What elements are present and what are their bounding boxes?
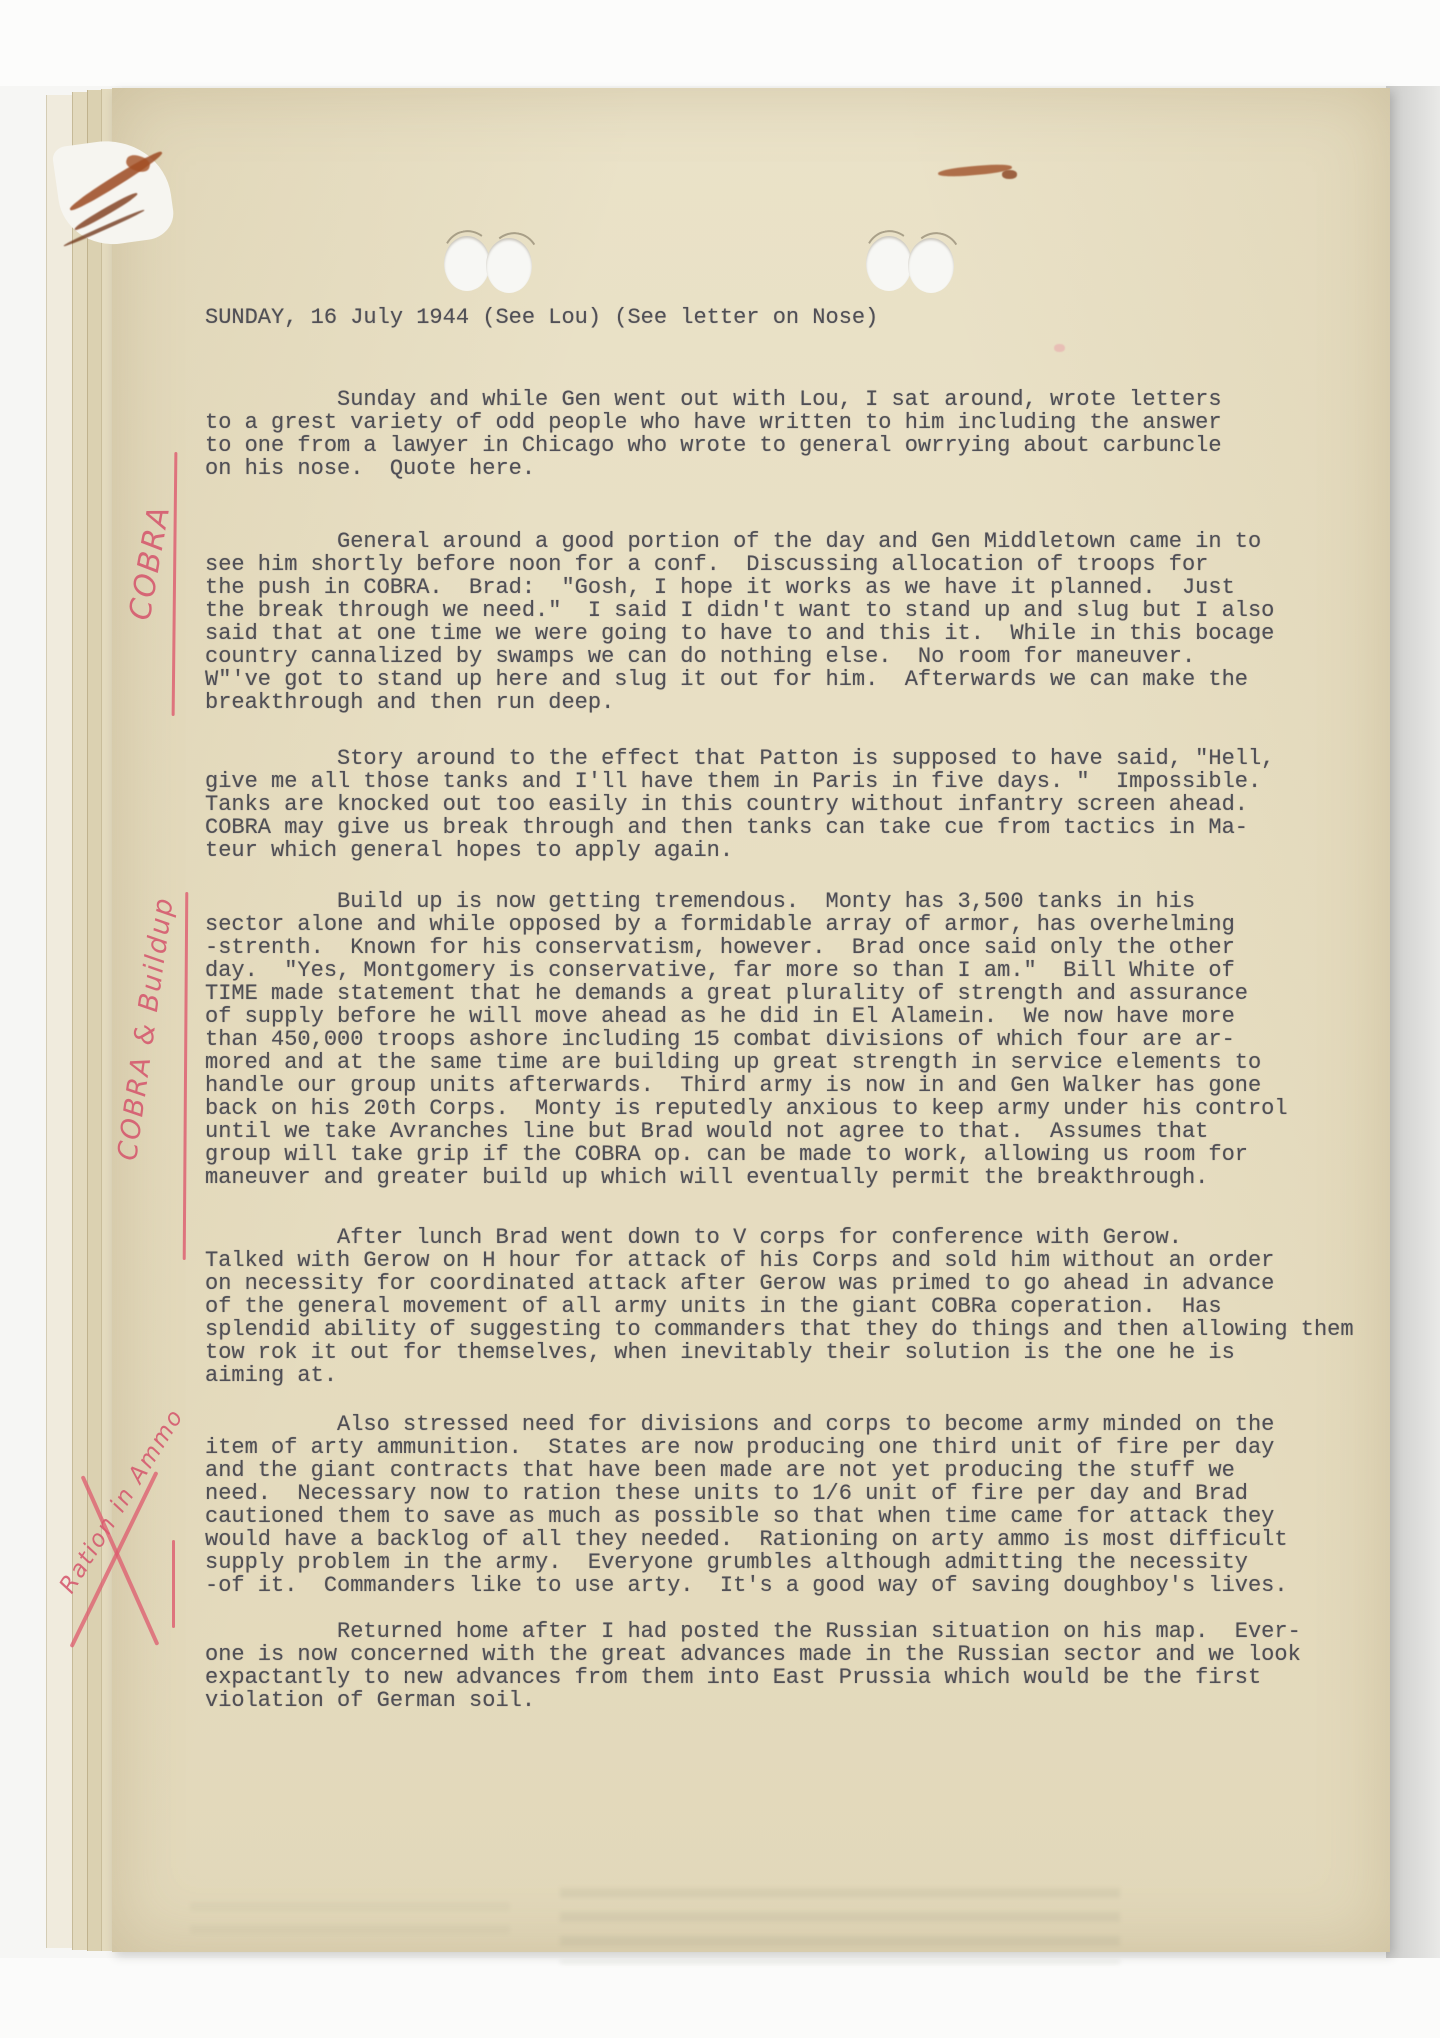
under-sheet-edge [87, 90, 102, 1951]
backdrop-top-band [0, 0, 1440, 86]
page-title: SUNDAY, 16 July 1944 (See Lou) (See lett… [205, 306, 878, 329]
paragraph: Also stressed need for divisions and cor… [205, 1413, 1288, 1597]
margin-line [172, 1540, 175, 1628]
paragraph: General around a good portion of the day… [205, 530, 1274, 714]
pink-smudge [1054, 344, 1065, 352]
paragraph: After lunch Brad went down to V corps fo… [205, 1226, 1354, 1387]
bleed-through-text [560, 1888, 1120, 1964]
paragraph: Sunday and while Gen went out with Lou, … [205, 388, 1222, 480]
paragraph: Story around to the effect that Patton i… [205, 747, 1274, 862]
backdrop-right-shade [1386, 55, 1440, 2000]
under-sheet-edge [46, 95, 73, 1948]
under-sheet-edge [72, 92, 88, 1950]
backdrop-bottom-band [0, 1958, 1440, 2038]
paragraph: Build up is now getting tremendous. Mont… [205, 890, 1288, 1189]
bleed-through-text [190, 1902, 510, 1948]
paragraph: Returned home after I had posted the Rus… [205, 1620, 1301, 1712]
rust-stain [1002, 170, 1017, 179]
